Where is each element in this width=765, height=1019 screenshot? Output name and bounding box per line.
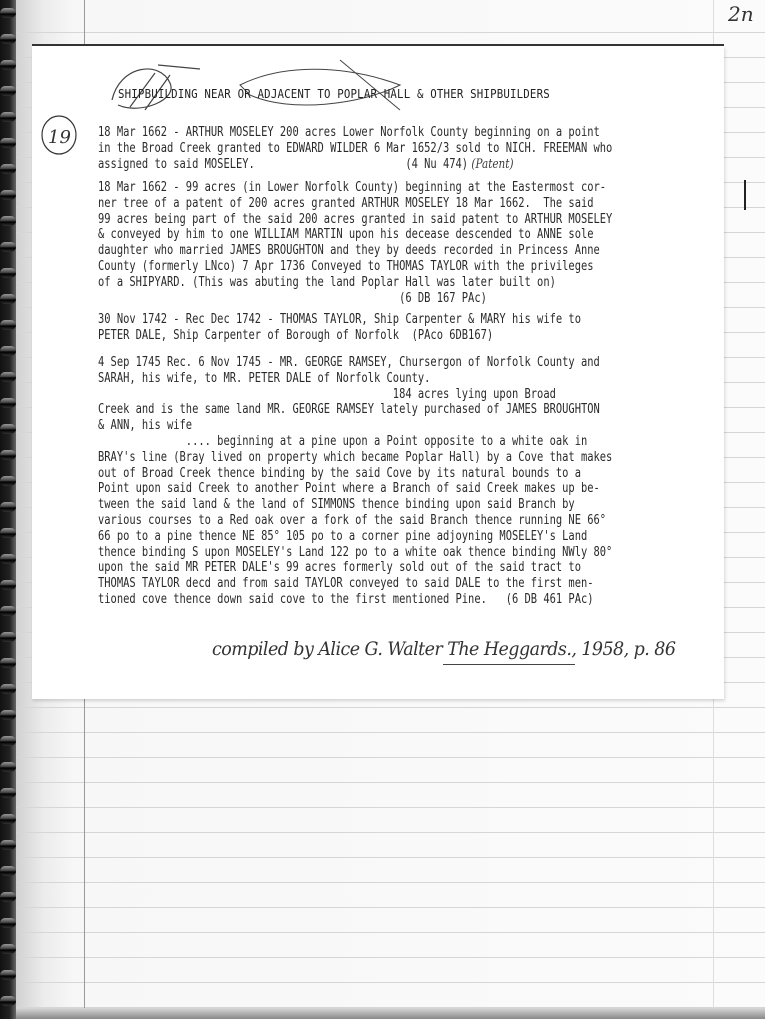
entry-line: & conveyed by him to one WILLIAM MARTIN …	[98, 227, 604, 243]
attribution-handwritten: compiled by Alice G. Walter The Heggards…	[212, 638, 675, 660]
entry-line: SARAH, his wife, to MR. PETER DALE of No…	[98, 371, 604, 387]
spiral-ring	[0, 34, 16, 44]
entry-line: tioned cove thence down said cove to the…	[98, 592, 604, 608]
page-number-mark: 2n	[728, 2, 754, 26]
entry-line: Creek and is the same land MR. GEORGE RA…	[98, 402, 604, 418]
spiral-ring	[0, 8, 16, 18]
entry-line: .... beginning at a pine upon a Point op…	[98, 434, 604, 450]
spiral-ring	[0, 450, 16, 460]
page-bottom-edge	[14, 1008, 765, 1019]
entry-line: PETER DALE, Ship Carpenter of Borough of…	[98, 328, 604, 344]
spiral-ring	[0, 710, 16, 720]
spiral-ring	[0, 346, 16, 356]
document-entry: 30 Nov 1742 - Rec Dec 1742 - THOMAS TAYL…	[98, 312, 604, 344]
spiral-ring	[0, 632, 16, 642]
spiral-ring	[0, 294, 16, 304]
spiral-ring	[0, 164, 16, 174]
spiral-ring	[0, 190, 16, 200]
spiral-ring	[0, 658, 16, 668]
spiral-binding	[0, 0, 16, 1019]
document-entry: 18 Mar 1662 - 99 acres (in Lower Norfolk…	[98, 180, 604, 306]
entry-line: THOMAS TAYLOR decd and from said TAYLOR …	[98, 576, 604, 592]
entry-line: thence binding S upon MOSELEY's Land 122…	[98, 545, 604, 561]
attribution-underline	[443, 664, 575, 665]
spiral-ring	[0, 268, 16, 278]
document-title: SHIPBUILDING NEAR OR ADJACENT TO POPLAR …	[118, 86, 550, 101]
spiral-ring	[0, 372, 16, 382]
entry-line: 18 Mar 1662 - ARTHUR MOSELEY 200 acres L…	[98, 125, 604, 141]
entry-line: out of Broad Creek thence binding by the…	[98, 466, 604, 482]
entry-line: 184 acres lying upon Broad	[98, 387, 604, 403]
attribution-prefix: compiled by Alice G. Walter	[212, 638, 442, 660]
spiral-ring	[0, 918, 16, 928]
entry-line: & ANN, his wife	[98, 418, 604, 434]
attribution-suffix: ., 1958, p. 86	[566, 638, 675, 660]
entry-line: 4 Sep 1745 Rec. 6 Nov 1745 - MR. GEORGE …	[98, 355, 604, 371]
entry-line: ner tree of a patent of 200 acres grante…	[98, 196, 604, 212]
spiral-ring	[0, 892, 16, 902]
entry-line: various courses to a Red oak over a fork…	[98, 513, 604, 529]
spiral-ring	[0, 216, 16, 226]
spiral-ring	[0, 684, 16, 694]
circled-number-icon: 19	[40, 114, 78, 156]
entry-line: upon the said MR PETER DALE's 99 acres f…	[98, 560, 604, 576]
attribution-work: The Heggards	[447, 638, 566, 660]
entry-line: 30 Nov 1742 - Rec Dec 1742 - THOMAS TAYL…	[98, 312, 604, 328]
document-entry: 4 Sep 1745 Rec. 6 Nov 1745 - MR. GEORGE …	[98, 355, 604, 608]
spiral-ring	[0, 60, 16, 70]
spiral-ring	[0, 944, 16, 954]
entry-line: County (formerly LNco) 7 Apr 1736 Convey…	[98, 259, 604, 275]
entry-line: tween the said land & the land of SIMMON…	[98, 497, 604, 513]
spiral-ring	[0, 112, 16, 122]
spiral-ring	[0, 866, 16, 876]
entry-line: Point upon said Creek to another Point w…	[98, 481, 604, 497]
spiral-ring	[0, 502, 16, 512]
handwritten-note: (Patent)	[468, 157, 513, 172]
spiral-ring	[0, 320, 16, 330]
spiral-ring	[0, 398, 16, 408]
spiral-ring	[0, 554, 16, 564]
spiral-ring	[0, 788, 16, 798]
spiral-ring	[0, 840, 16, 850]
spiral-ring	[0, 970, 16, 980]
spiral-ring	[0, 606, 16, 616]
spiral-ring	[0, 762, 16, 772]
spiral-ring	[0, 996, 16, 1006]
entry-line: (6 DB 167 PAc)	[98, 291, 604, 307]
spiral-ring	[0, 424, 16, 434]
margin-mark	[744, 180, 746, 210]
entry-line: in the Broad Creek granted to EDWARD WIL…	[98, 141, 604, 157]
spiral-ring	[0, 242, 16, 252]
entry-line: assigned to said MOSELEY. (4 Nu 474) (Pa…	[98, 157, 604, 173]
spiral-ring	[0, 528, 16, 538]
spiral-ring	[0, 86, 16, 96]
entry-line: daughter who married JAMES BROUGHTON and…	[98, 243, 604, 259]
entry-line: 99 acres being part of the said 200 acre…	[98, 212, 604, 228]
spiral-ring	[0, 580, 16, 590]
spiral-ring	[0, 736, 16, 746]
spiral-ring	[0, 476, 16, 486]
entry-line: 18 Mar 1662 - 99 acres (in Lower Norfolk…	[98, 180, 604, 196]
entry-line: BRAY's line (Bray lived on property whic…	[98, 450, 604, 466]
document-entry: 18 Mar 1662 - ARTHUR MOSELEY 200 acres L…	[98, 125, 604, 172]
entry-line: of a SHIPYARD. (This was abuting the lan…	[98, 275, 604, 291]
spiral-ring	[0, 138, 16, 148]
entry-line: 66 po to a pine thence NE 85° 105 po to …	[98, 529, 604, 545]
spiral-ring	[0, 814, 16, 824]
svg-text:19: 19	[48, 127, 71, 148]
